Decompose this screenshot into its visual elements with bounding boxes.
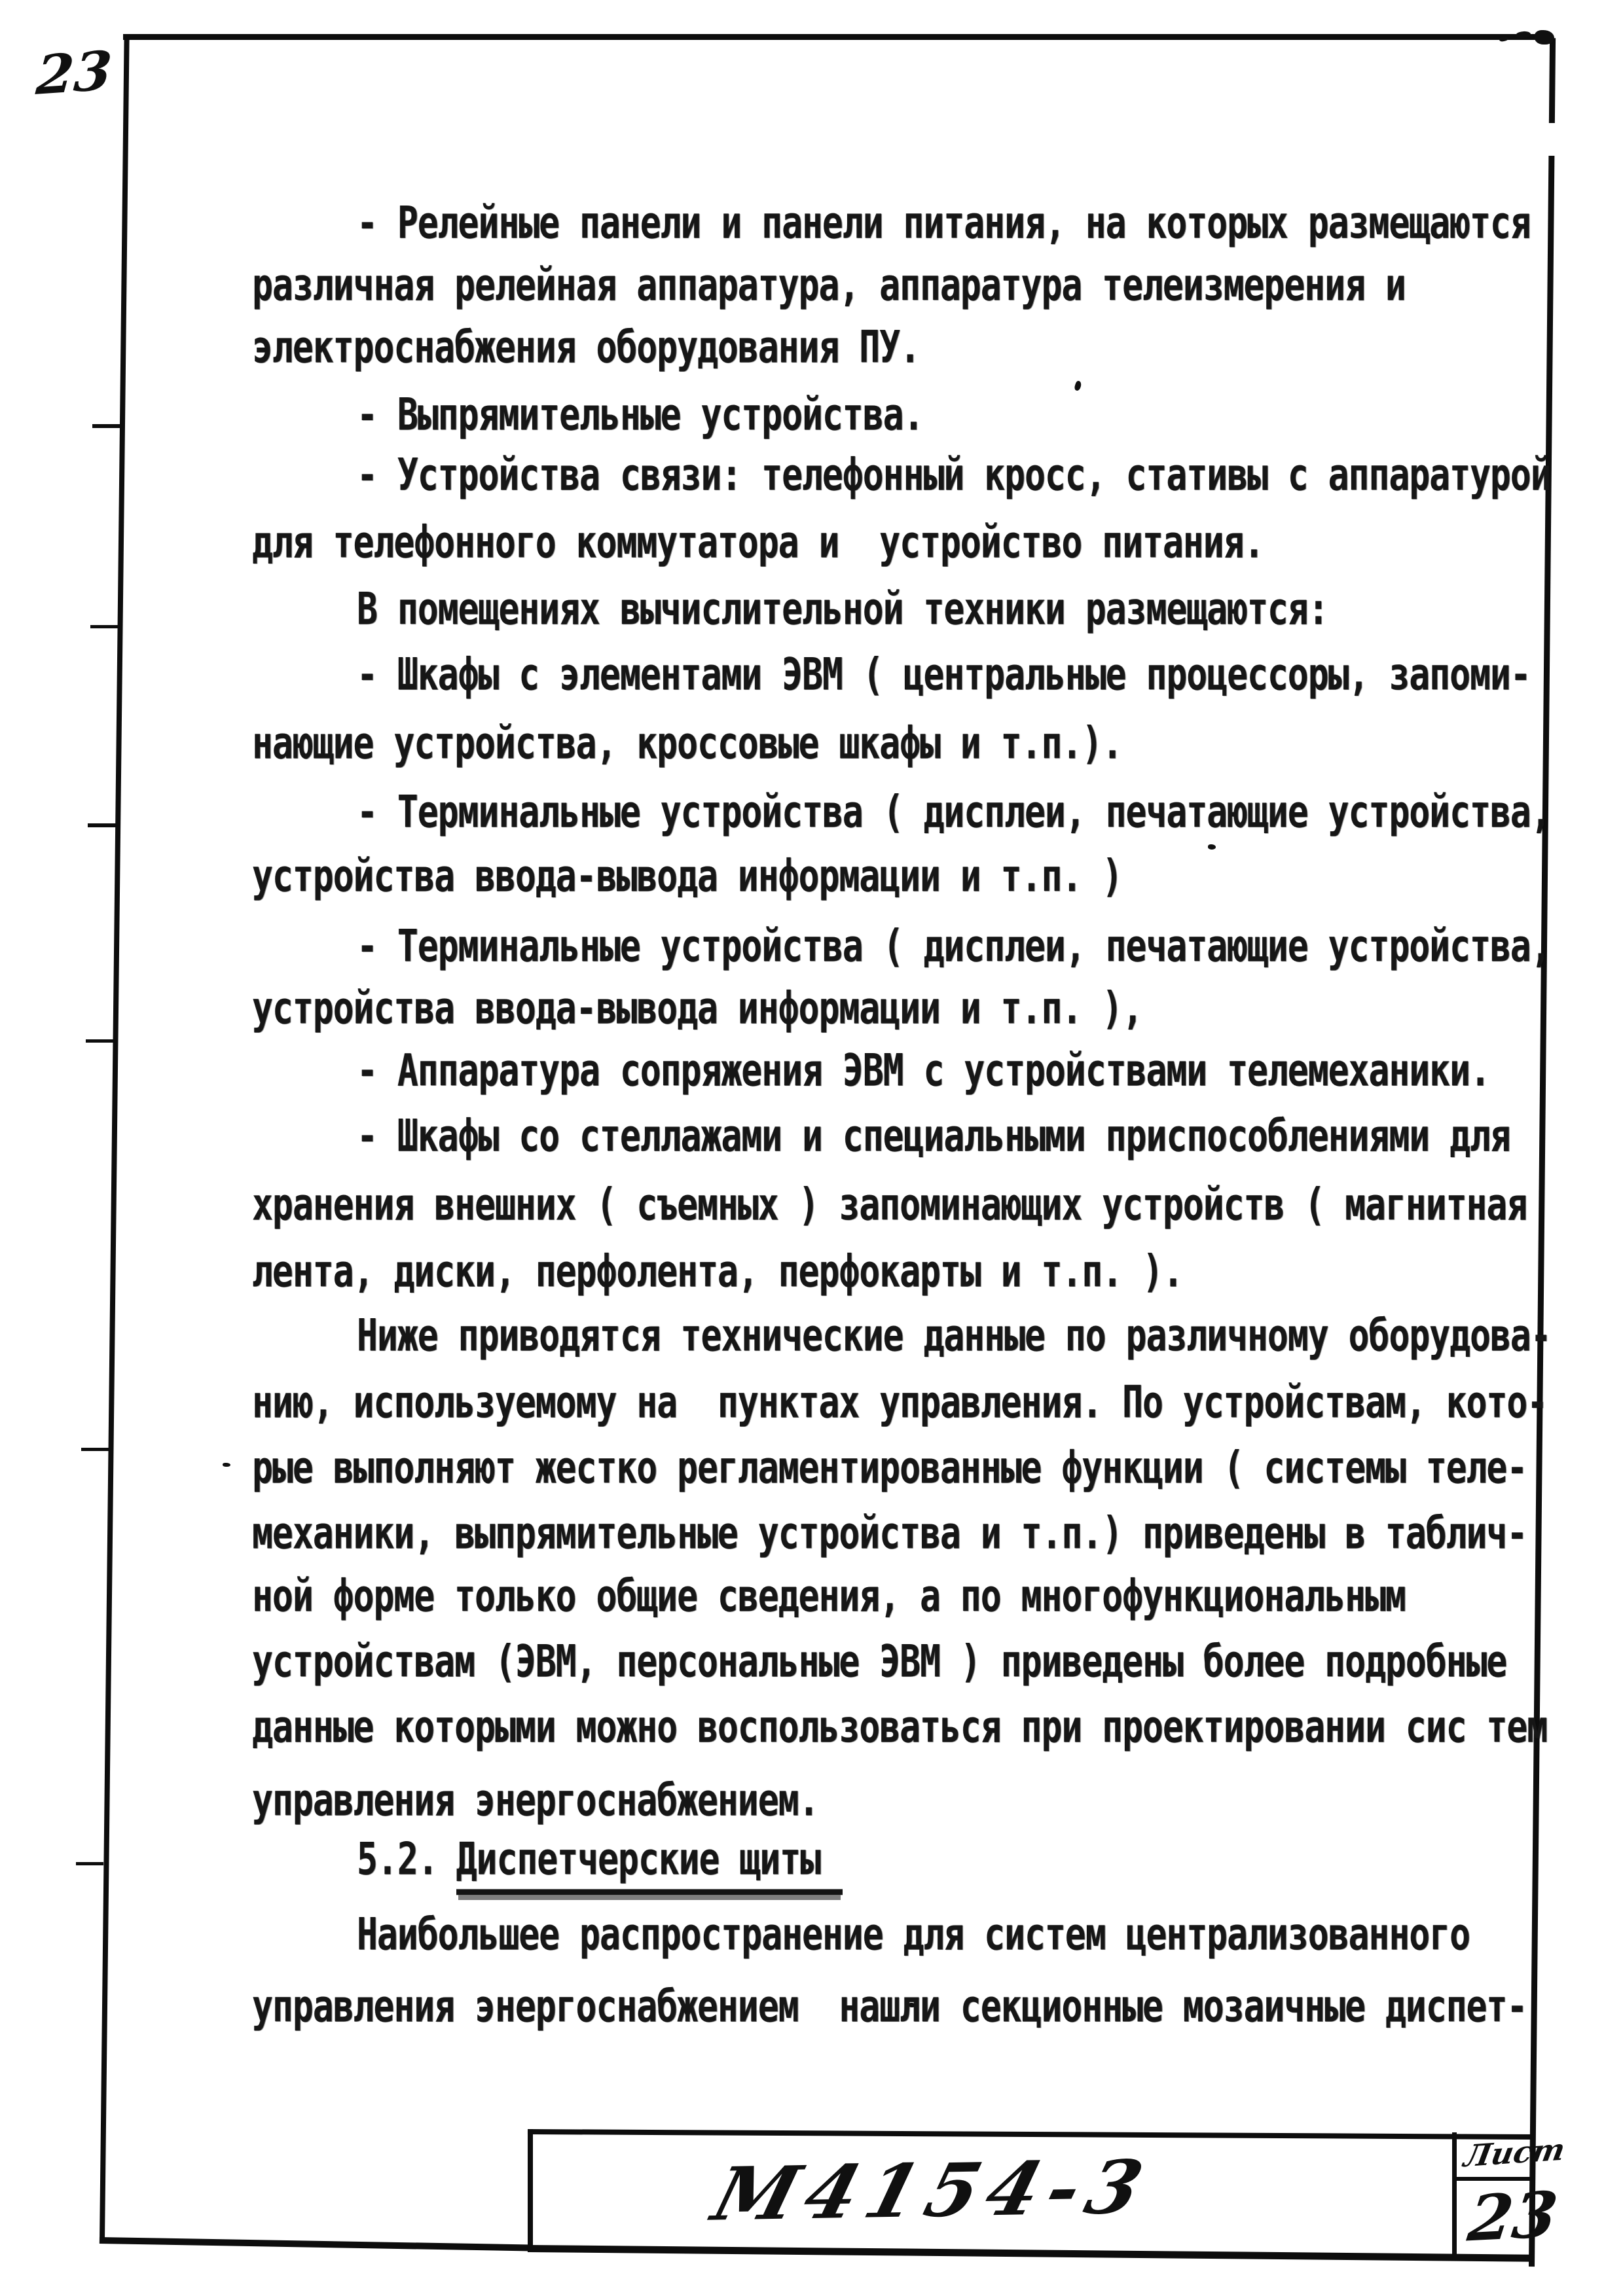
document-number: М4154-3 xyxy=(704,2144,1161,2237)
title-block-border-bottom xyxy=(528,2245,1533,2262)
text-line: ной форме только общие сведения, а по мн… xyxy=(252,1574,1406,1619)
text-line: В помещениях вычислительной техники разм… xyxy=(252,587,1328,632)
frame-border-left xyxy=(100,37,130,2241)
text-line: механики, выпрямительные устройства и т.… xyxy=(252,1511,1527,1556)
text-line: для телефонного коммутатора и устройство… xyxy=(252,520,1264,565)
ink-speck xyxy=(1535,30,1554,45)
text-line: - Терминальные устройства ( дисплеи, печ… xyxy=(252,924,1551,969)
text-line: рые выполняют жестко регламентированные … xyxy=(252,1446,1527,1490)
text-line: - Выпрямительные устройства. xyxy=(252,393,923,437)
margin-tick xyxy=(81,1448,109,1451)
margin-tick xyxy=(86,1039,115,1043)
text-line: - Шкафы с элементами ЭВМ ( центральные п… xyxy=(252,653,1531,697)
sheet-cell-border-left xyxy=(1452,2132,1457,2254)
text-line: управления энергоснабжением. xyxy=(252,1778,818,1823)
margin-tick xyxy=(76,1862,103,1865)
sheet-label: Лист xyxy=(1461,2132,1568,2174)
text-line: Ниже приводятся технические данные по ра… xyxy=(252,1314,1551,1358)
text-line: устройствам (ЭВМ, персональные ЭВМ ) при… xyxy=(252,1640,1506,1684)
text-line: хранения внешних ( съемных ) запоминающи… xyxy=(252,1183,1527,1227)
margin-tick xyxy=(90,625,119,628)
section-title: Диспетчерские щиты xyxy=(456,1834,843,1895)
text-line: различная релейная аппаратура, аппаратур… xyxy=(252,263,1406,308)
ink-speck xyxy=(1499,36,1508,43)
text-line: нию, используемому на пунктах управления… xyxy=(252,1380,1547,1425)
text-line: электроснабжения оборудования ПУ. xyxy=(252,325,920,370)
frame-border-top xyxy=(123,34,1550,40)
text-line: устройства ввода-вывода информации и т.п… xyxy=(252,854,1122,899)
text-line: управления энергоснабжением нашли секцио… xyxy=(252,1984,1527,2029)
text-line: лента, диски, перфолента, перфокарты и т… xyxy=(252,1249,1183,1294)
frame-border-gap xyxy=(1539,123,1556,156)
frame-border-right xyxy=(1529,38,1556,2267)
title-block-border-top xyxy=(528,2129,1533,2140)
frame-border-bottom xyxy=(100,2237,530,2251)
page-number-annotation: 23 xyxy=(34,39,114,107)
text-line: - Аппаратура сопряжения ЭВМ с устройства… xyxy=(252,1049,1490,1093)
section-heading: 5.2.Диспетчерские щиты xyxy=(252,1837,843,1882)
sheet-number: 23 xyxy=(1464,2178,1561,2256)
text-line: устройства ввода-вывода информации и т.п… xyxy=(252,986,1142,1031)
ink-speck xyxy=(1074,380,1082,391)
ink-speck xyxy=(223,1463,230,1467)
text-line: - Терминальные устройства ( дисплеи, печ… xyxy=(252,790,1551,834)
margin-tick xyxy=(92,424,122,428)
text-line: нающие устройства, кроссовые шкафы и т.п… xyxy=(252,721,1122,766)
section-number: 5.2. xyxy=(357,1834,438,1885)
margin-tick xyxy=(88,823,117,827)
text-line: - Устройства связи: телефонный кросс, ст… xyxy=(252,453,1551,497)
ink-speck xyxy=(1208,844,1216,850)
scanned-document-page: 23 - Релейные панели и панели питания, н… xyxy=(0,0,1623,2296)
title-block-border-left xyxy=(528,2129,533,2251)
text-line: данные которыми можно воспользоваться пр… xyxy=(252,1705,1547,1749)
text-line: - Шкафы со стеллажами и специальными при… xyxy=(252,1114,1510,1158)
text-line: Наибольшее распространение для систем це… xyxy=(252,1912,1470,1957)
text-line: - Релейные панели и панели питания, на к… xyxy=(252,201,1531,245)
